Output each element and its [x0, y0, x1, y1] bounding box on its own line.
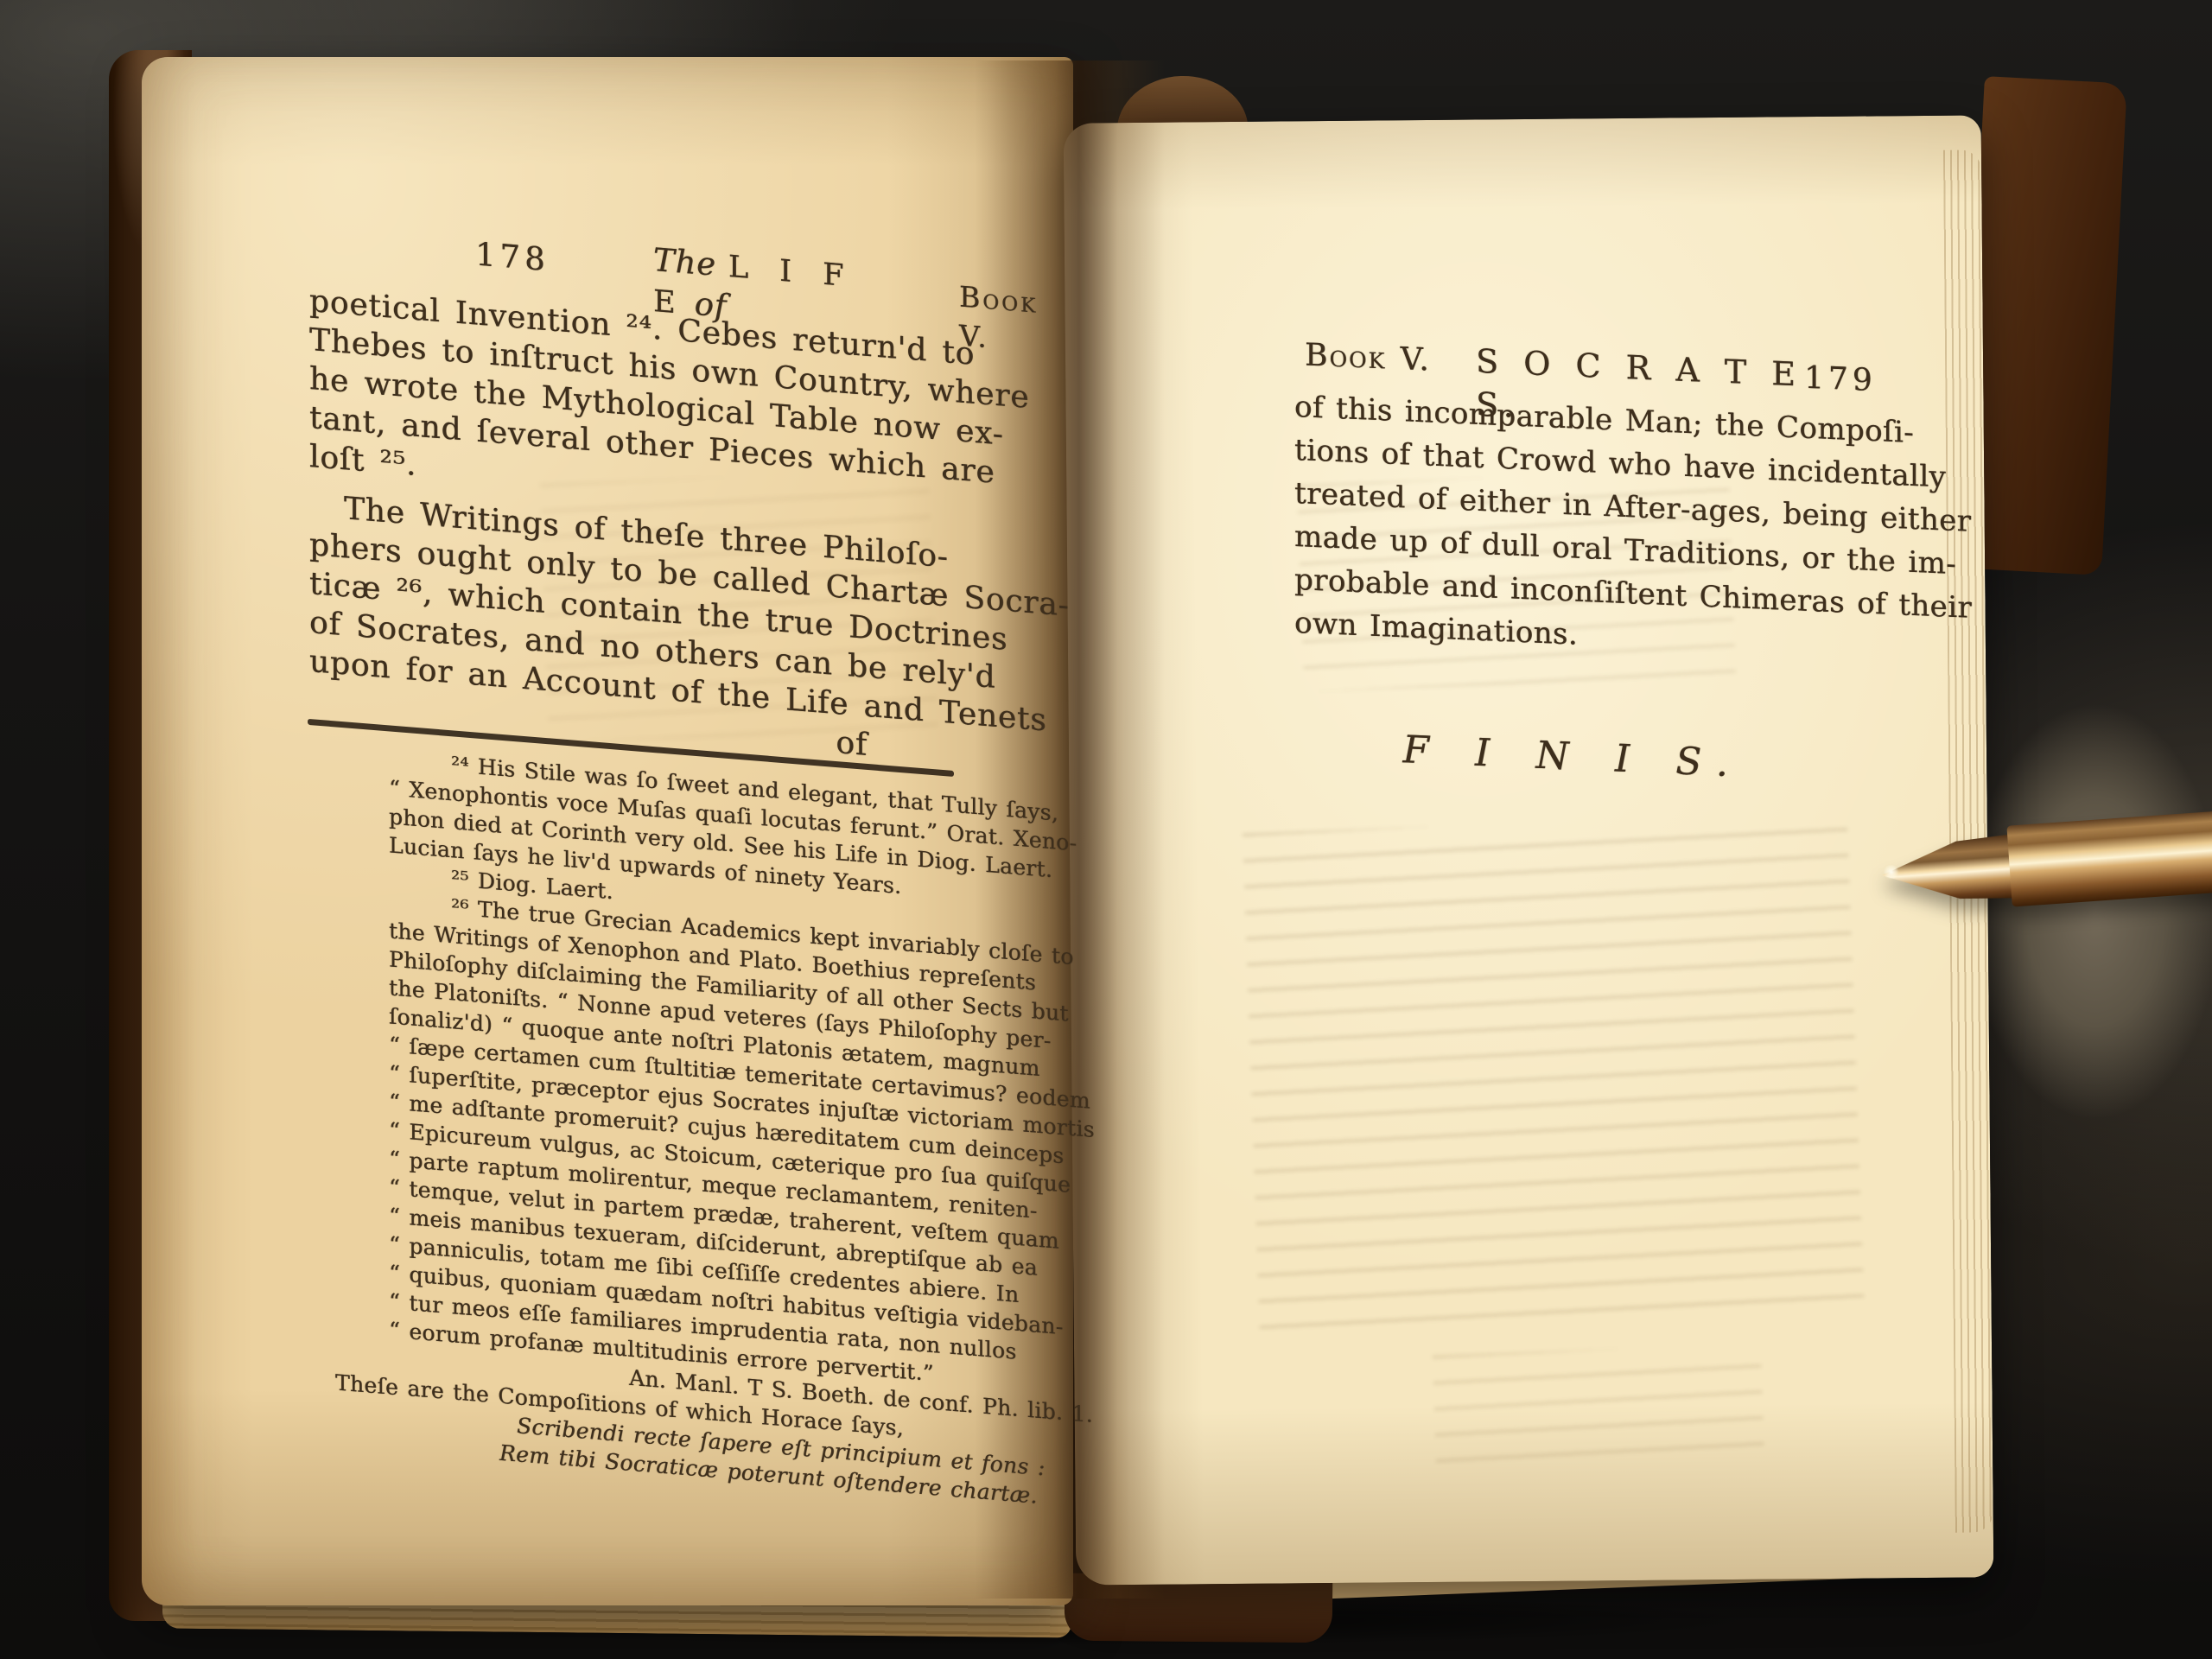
left-page-text-block: 178 TheL I F Eof Book V. poetical Invent…	[309, 216, 925, 1501]
show-through-ghost-right-lower	[1243, 812, 1865, 1341]
left-running-book-label: Book V.	[959, 277, 1038, 361]
left-page-number: 178	[475, 234, 550, 279]
show-through-ghost-right-bottom	[1433, 1344, 1765, 1476]
pen-tip	[1879, 834, 2015, 906]
right-page-number: 179	[1804, 357, 1877, 404]
right-running-book-label: Book V.	[1305, 334, 1431, 383]
pen-barrel	[2006, 810, 2212, 907]
running-title-of: of	[695, 285, 728, 325]
footnotes-block: ²⁴ His Stile was ſo ſweet and elegant, t…	[389, 745, 925, 1501]
book-photo-scene: 178 TheL I F Eof Book V. poetical Invent…	[0, 0, 2212, 1659]
running-title-the: The	[653, 241, 716, 283]
right-running-title-socrates: S O C R A T E S.	[1476, 340, 1852, 442]
right-page-text-block: Book V. S O C R A T E S. 179 of this inc…	[1294, 330, 1852, 791]
